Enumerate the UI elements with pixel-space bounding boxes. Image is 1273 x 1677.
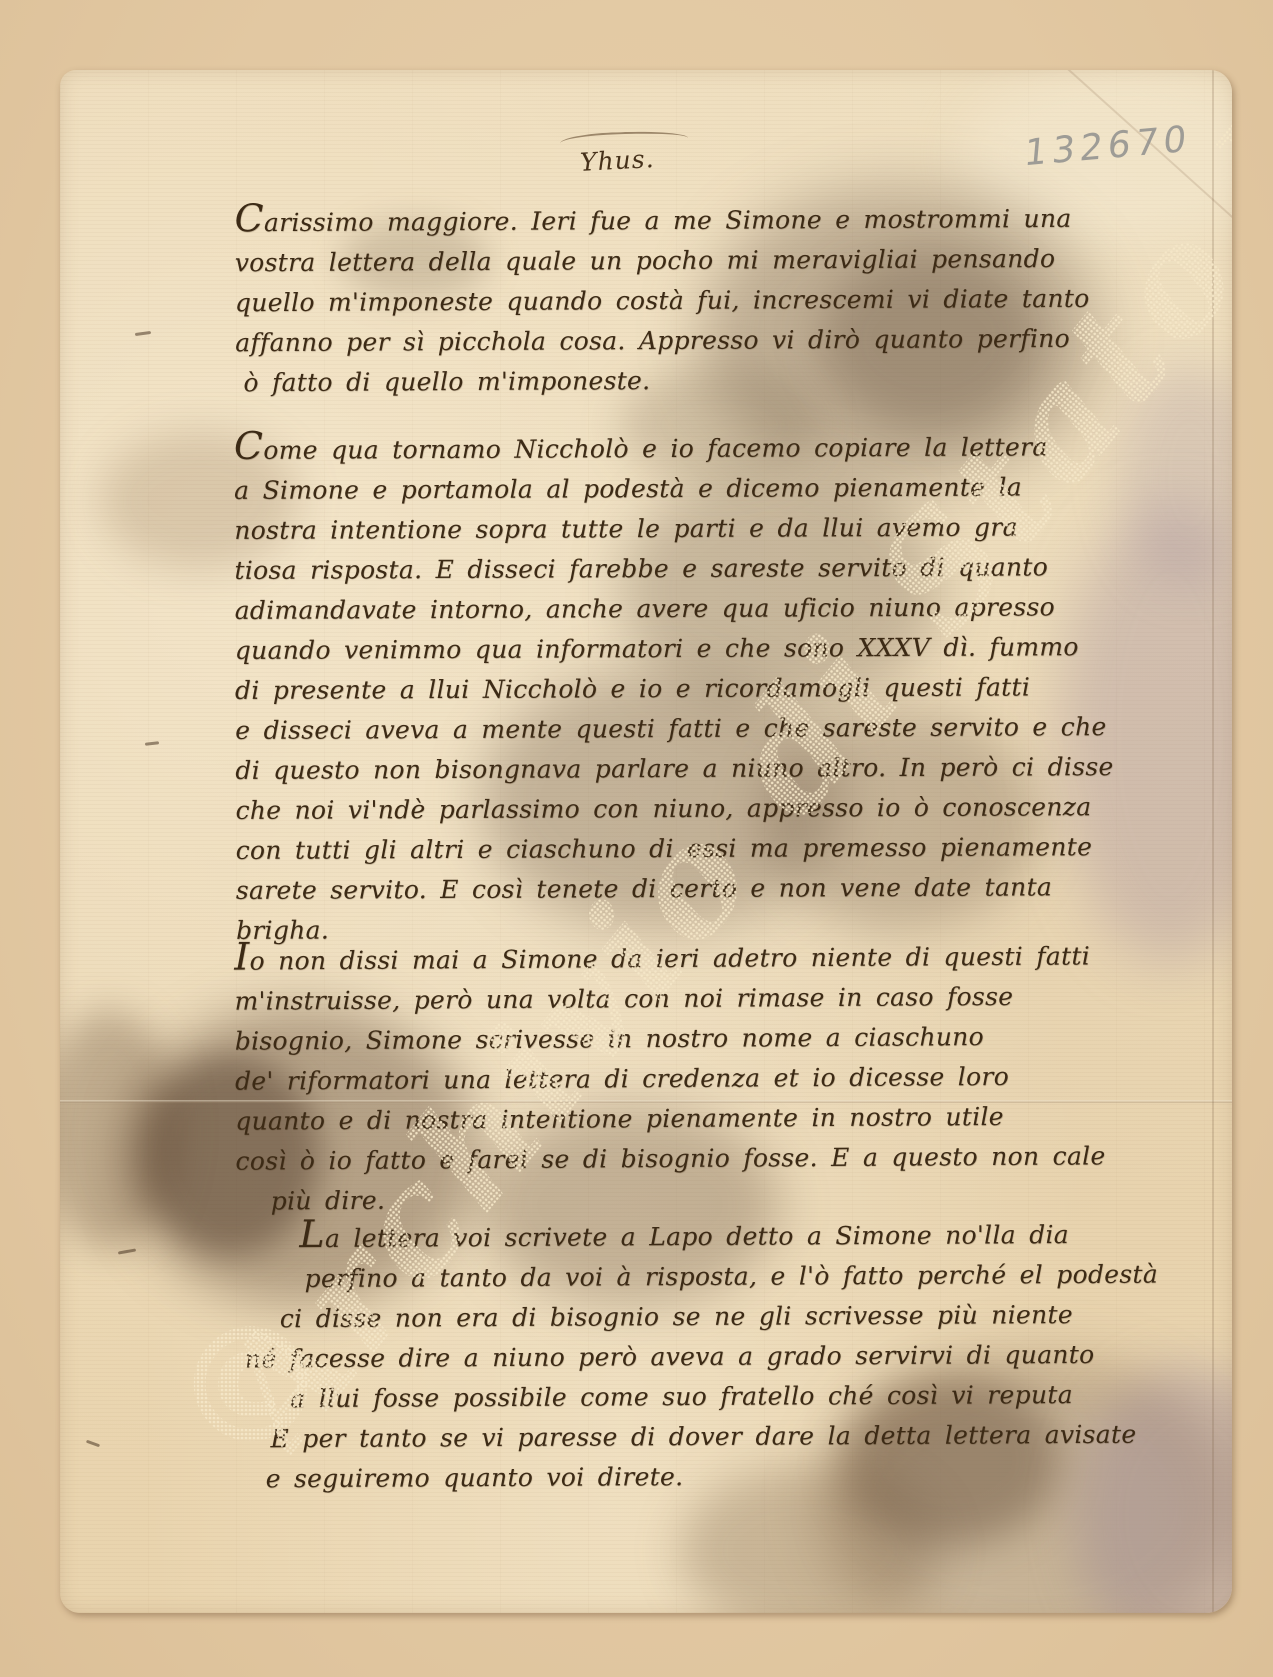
letter-line: vostra lettera della quale un pocho mi m…	[235, 239, 1090, 283]
letter-line: di presente a llui Niccholò e io e ricor…	[235, 667, 1113, 711]
paragraph: Carissimo maggiore. Ieri fue a me Simone…	[234, 194, 1090, 403]
letter-line: ci disse non era di bisognio se ne gli s…	[280, 1295, 1159, 1340]
letter-line: bisognio, Simone scrivesse in nostro nom…	[235, 1016, 1105, 1061]
letter-line: nostra intentione sopra tutte le parti e…	[234, 507, 1112, 551]
margin-ink-mark	[86, 1440, 100, 1448]
letter-line: sarete servito. E così tenete di certo e…	[236, 867, 1114, 911]
letter-line: affanno per sì picchola cosa. Appresso v…	[235, 319, 1090, 363]
invocation-text: Yhus.	[579, 144, 655, 177]
letter-line: tiosa risposta. E disseci farebbe e sare…	[234, 547, 1112, 591]
invocation-flourish-line	[560, 130, 688, 144]
letter-line: de' riformatori una lettera di credenza …	[235, 1056, 1105, 1101]
margin-ink-mark	[135, 331, 151, 336]
margin-ink-mark	[145, 741, 159, 745]
paragraph: Io non dissi mai a Simone da ieri adetro…	[234, 931, 1106, 1221]
letter-line: La lettera voi scrivete a Lapo detto a S…	[299, 1210, 1158, 1259]
letter-line: m'instruisse, però una volta con noi rim…	[234, 976, 1104, 1021]
paragraph: Come qua tornamo Niccholò e io facemo co…	[234, 422, 1114, 951]
letter-line: con tutti gli altri e ciaschuno di essi …	[236, 827, 1114, 871]
letter-line: Come qua tornamo Niccholò e io facemo co…	[234, 422, 1112, 471]
letter-line: Carissimo maggiore. Ieri fue a me Simone…	[234, 194, 1089, 243]
letter-line: a llui fosse possibile come suo fratello…	[290, 1375, 1159, 1420]
letter-line: quando venimmo qua informatori e che son…	[235, 627, 1113, 671]
letter-line: che noi vi'ndè parlassimo con niuno, app…	[235, 787, 1113, 831]
letter-line: e seguiremo quanto voi direte.	[266, 1455, 1160, 1500]
letter-line: e disseci aveva a mente questi fatti e c…	[235, 707, 1113, 751]
letter-line: quanto e di nostra intentione pienamente…	[235, 1096, 1105, 1141]
letter-line: né facesse dire a niuno però aveva a gra…	[245, 1335, 1159, 1380]
letter-line: E per tanto se vi paresse di dover dare …	[270, 1415, 1159, 1460]
letter-line: di questo non bisongnava parlare a niuno…	[235, 747, 1113, 791]
letter-line: Io non dissi mai a Simone da ieri adetro…	[234, 931, 1104, 981]
manuscript-page: Yhus. 132670 Carissimo maggiore. Ieri fu…	[60, 70, 1232, 1613]
letter-line: perfino a tanto da voi à risposta, e l'ò…	[304, 1255, 1158, 1299]
letter-line: ò fatto di quello m'imponeste.	[243, 359, 1090, 403]
archive-number: 132670	[1023, 118, 1193, 174]
mold-stain	[1120, 365, 1232, 585]
letter-line: adimandavate intorno, anche avere qua uf…	[235, 587, 1113, 631]
paragraph: La lettera voi scrivete a Lapo detto a S…	[234, 1210, 1159, 1500]
letter-line: a Simone e portamola al podestà e dicemo…	[234, 467, 1112, 511]
scan-background: Yhus. 132670 Carissimo maggiore. Ieri fu…	[0, 0, 1273, 1677]
letter-line: quello m'imponeste quando costà fui, inc…	[235, 279, 1090, 323]
vertical-fold-crease	[1212, 70, 1214, 1613]
letter-line: così ò io fatto e farei se di bisognio f…	[235, 1136, 1105, 1181]
margin-ink-mark	[118, 1248, 136, 1254]
water-stain	[60, 1010, 180, 1250]
